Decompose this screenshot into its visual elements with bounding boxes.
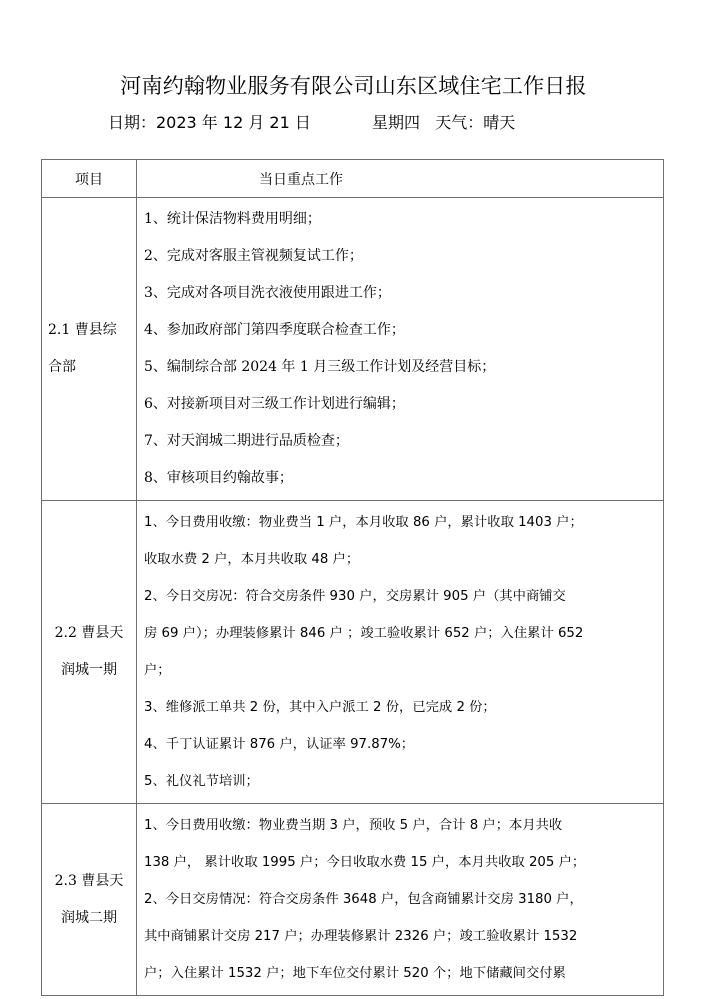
item-label-line: 润城二期 xyxy=(46,900,132,937)
daily-report-table: 项目 当日重点工作 2.1 曹县综 合部 1、统计保洁物料费用明细； 2、完成对… xyxy=(41,159,664,996)
table-row: 2.3 曹县天 润城二期 1、今日费用收缴：物业费当期 3 户，预收 5 户，合… xyxy=(42,804,664,996)
work-line: 户； xyxy=(144,652,657,689)
item-label-line: 2.2 曹县天 xyxy=(46,615,132,652)
work-line: 收取水费 2 户，本月共收取 48 户； xyxy=(144,541,657,578)
work-line: 8、审核项目约翰故事； xyxy=(144,460,657,497)
report-weekday-weather: 星期四 天气：晴天 xyxy=(372,110,515,133)
work-line: 3、维修派工单共 2 份，其中入户派工 2 份，已完成 2 份； xyxy=(144,689,657,726)
item-cell: 2.1 曹县综 合部 xyxy=(42,198,137,501)
work-cell: 1、今日费用收缴：物业费当 1 户，本月收取 86 户，累计收取 1403 户；… xyxy=(137,501,664,804)
work-line: 1、统计保洁物料费用明细； xyxy=(144,201,657,238)
work-line: 5、编制综合部 2024 年 1 月三级工作计划及经营目标； xyxy=(144,349,657,386)
work-line: 4、千丁认证累计 876 户，认证率 97.87%； xyxy=(144,726,657,763)
work-line: 5、礼仪礼节培训； xyxy=(144,763,657,800)
work-line: 2、完成对客服主管视频复试工作； xyxy=(144,238,657,275)
work-line: 房 69 户）；办理装修累计 846 户 ；竣工验收累计 652 户；入住累计 … xyxy=(144,615,657,652)
work-line: 6、对接新项目对三级工作计划进行编辑； xyxy=(144,386,657,423)
table-row: 2.2 曹县天 润城一期 1、今日费用收缴：物业费当 1 户，本月收取 86 户… xyxy=(42,501,664,804)
header-item: 项目 xyxy=(42,160,137,198)
item-cell: 2.3 曹县天 润城二期 xyxy=(42,804,137,996)
work-line: 1、今日费用收缴：物业费当 1 户，本月收取 86 户，累计收取 1403 户； xyxy=(144,504,657,541)
report-title: 河南约翰物业服务有限公司山东区域住宅工作日报 xyxy=(0,70,707,100)
work-line: 2、今日交房况：符合交房条件 930 户，交房累计 905 户（其中商铺交 xyxy=(144,578,657,615)
item-label-line: 合部 xyxy=(48,349,132,386)
work-line: 其中商铺累计交房 217 户；办理装修累计 2326 户；竣工验收累计 1532 xyxy=(144,918,657,955)
table-row: 2.1 曹县综 合部 1、统计保洁物料费用明细； 2、完成对客服主管视频复试工作… xyxy=(42,198,664,501)
work-cell: 1、今日费用收缴：物业费当期 3 户，预收 5 户，合计 8 户；本月共收 13… xyxy=(137,804,664,996)
item-cell: 2.2 曹县天 润城一期 xyxy=(42,501,137,804)
report-date: 日期：2023 年 12 月 21 日 xyxy=(108,110,311,133)
item-label-line: 2.1 曹县综 xyxy=(48,312,132,349)
table-header-row: 项目 当日重点工作 xyxy=(42,160,664,198)
item-label-line: 2.3 曹县天 xyxy=(46,863,132,900)
work-cell: 1、统计保洁物料费用明细； 2、完成对客服主管视频复试工作； 3、完成对各项目洗… xyxy=(137,198,664,501)
work-line: 3、完成对各项目洗衣液使用跟进工作； xyxy=(144,275,657,312)
work-line: 138 户， 累计收取 1995 户；今日收取水费 15 户，本月共收取 205… xyxy=(144,844,657,881)
work-line: 2、今日交房情况：符合交房条件 3648 户，包含商铺累计交房 3180 户， xyxy=(144,881,657,918)
item-label-line: 润城一期 xyxy=(46,652,132,689)
work-line: 4、参加政府部门第四季度联合检查工作； xyxy=(144,312,657,349)
header-work: 当日重点工作 xyxy=(137,160,664,198)
work-line: 1、今日费用收缴：物业费当期 3 户，预收 5 户，合计 8 户；本月共收 xyxy=(144,807,657,844)
work-line: 户；入住累计 1532 户；地下车位交付累计 520 个；地下储藏间交付累 xyxy=(144,955,657,992)
work-line: 7、对天润城二期进行品质检查； xyxy=(144,423,657,460)
